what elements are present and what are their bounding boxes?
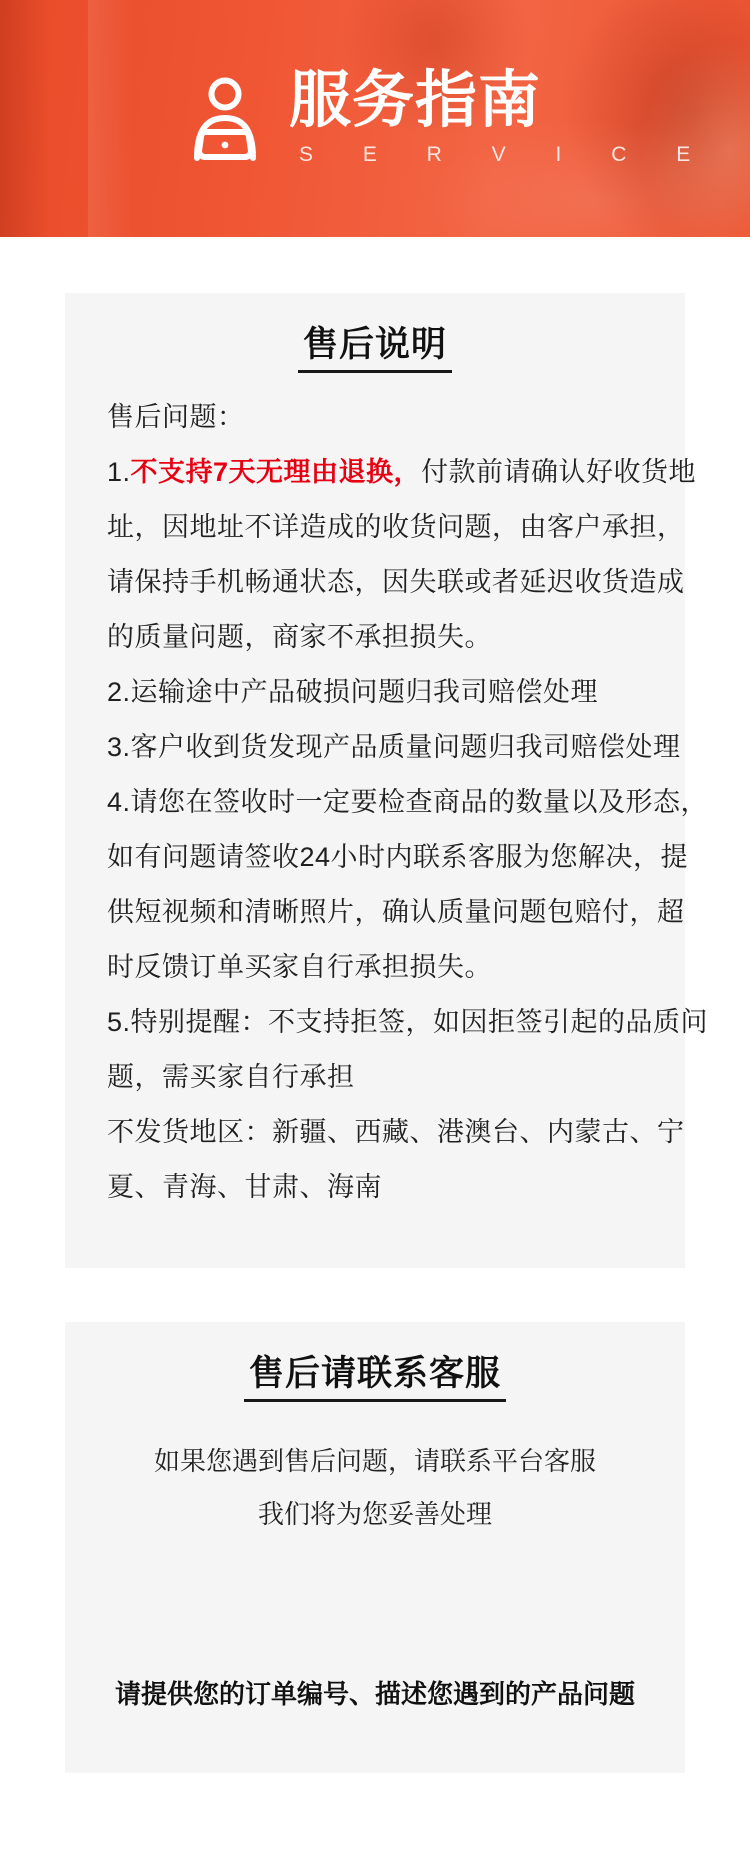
aftersale-title: 售后说明 — [298, 323, 452, 373]
aftersale-section: 售后说明 售后问题： 1.不支持7天无理由退换，付款前请确认好收货地址，因地址不… — [65, 293, 685, 1268]
policy-text: 供短视频和清晰照片，确认质量问题包赔付，超 — [107, 897, 685, 927]
policy-highlight: 不支持7天无理由退换， — [131, 457, 422, 487]
contact-title: 售后请联系客服 — [244, 1352, 506, 1402]
aftersale-text: 售后问题： 1.不支持7天无理由退换，付款前请确认好收货地址，因地址不详造成的收… — [107, 390, 685, 1215]
banner-photo-overlay — [88, 0, 134, 237]
policy-text: 2.运输途中产品破损问题归我司赔偿处理 — [107, 677, 598, 707]
service-banner: 服务指南 S E R V I C E — [0, 0, 750, 237]
policy-line: 4.请您在签收时一定要检查商品的数量以及形态， — [107, 775, 685, 830]
policy-line: 如有问题请签收24小时内联系客服为您解决，提 — [107, 830, 685, 885]
policy-line: 请保持手机畅通状态，因失联或者延迟收货造成 — [107, 555, 685, 610]
banner-subtitle: S E R V I C E — [299, 143, 712, 167]
policy-text: 不发货地区：新疆、西藏、港澳台、内蒙古、宁 — [107, 1117, 685, 1147]
policy-line: 1.不支持7天无理由退换，付款前请确认好收货地 — [107, 445, 685, 500]
contact-note: 请提供您的订单编号、描述您遇到的产品问题 — [65, 1668, 685, 1721]
policy-text: 址，因地址不详造成的收货问题，由客户承担， — [107, 512, 685, 542]
contact-title-wrap: 售后请联系客服 — [65, 1322, 685, 1402]
banner-photo-overlay — [0, 0, 50, 237]
policy-line: 的质量问题，商家不承担损失。 — [107, 610, 685, 665]
policy-text: 3.客户收到货发现产品质量问题归我司赔偿处理 — [107, 732, 681, 762]
policy-text: 时反馈订单买家自行承担损失。 — [107, 952, 492, 982]
policy-line: 夏、青海、甘肃、海南 — [107, 1160, 685, 1215]
policy-line: 5.特别提醒：不支持拒签，如因拒签引起的品质问 — [107, 995, 685, 1050]
policy-line: 3.客户收到货发现产品质量问题归我司赔偿处理 — [107, 720, 685, 775]
banner-photo-overlay — [640, 40, 750, 237]
contact-section: 售后请联系客服 如果您遇到售后问题，请联系平台客服 我们将为您妥善处理 请提供您… — [65, 1322, 685, 1773]
policy-text: 如有问题请签收24小时内联系客服为您解决，提 — [107, 842, 688, 872]
policy-text: 1. — [107, 457, 131, 487]
policy-text: 4.请您在签收时一定要检查商品的数量以及形态， — [107, 787, 708, 817]
policy-line: 题，需买家自行承担 — [107, 1050, 685, 1105]
policy-text: 的质量问题，商家不承担损失。 — [107, 622, 492, 652]
policy-line: 时反馈订单买家自行承担损失。 — [107, 940, 685, 995]
contact-line: 如果您遇到售后问题，请联系平台客服 — [65, 1435, 685, 1488]
policy-text: 题，需买家自行承担 — [107, 1062, 355, 1092]
policy-text: 付款前请确认好收货地 — [421, 457, 696, 487]
policy-lines: 1.不支持7天无理由退换，付款前请确认好收货地址，因地址不详造成的收货问题，由客… — [107, 445, 685, 1215]
service-guide-page: 服务指南 S E R V I C E 售后说明 售后问题： 1.不支持7天无理由… — [0, 0, 750, 1849]
banner-title: 服务指南 — [289, 64, 589, 138]
policy-line: 2.运输途中产品破损问题归我司赔偿处理 — [107, 665, 685, 720]
policy-intro: 售后问题： — [107, 390, 685, 445]
policy-text: 5.特别提醒：不支持拒签，如因拒签引起的品质问 — [107, 1007, 708, 1037]
contact-line: 我们将为您妥善处理 — [65, 1488, 685, 1541]
policy-line: 供短视频和清晰照片，确认质量问题包赔付，超 — [107, 885, 685, 940]
policy-line: 不发货地区：新疆、西藏、港澳台、内蒙古、宁 — [107, 1105, 685, 1160]
policy-line: 址，因地址不详造成的收货问题，由客户承担， — [107, 500, 685, 555]
support-agent-icon — [181, 74, 269, 162]
policy-text: 请保持手机畅通状态，因失联或者延迟收货造成 — [107, 567, 685, 597]
policy-text: 夏、青海、甘肃、海南 — [107, 1172, 382, 1202]
aftersale-title-wrap: 售后说明 — [65, 293, 685, 373]
